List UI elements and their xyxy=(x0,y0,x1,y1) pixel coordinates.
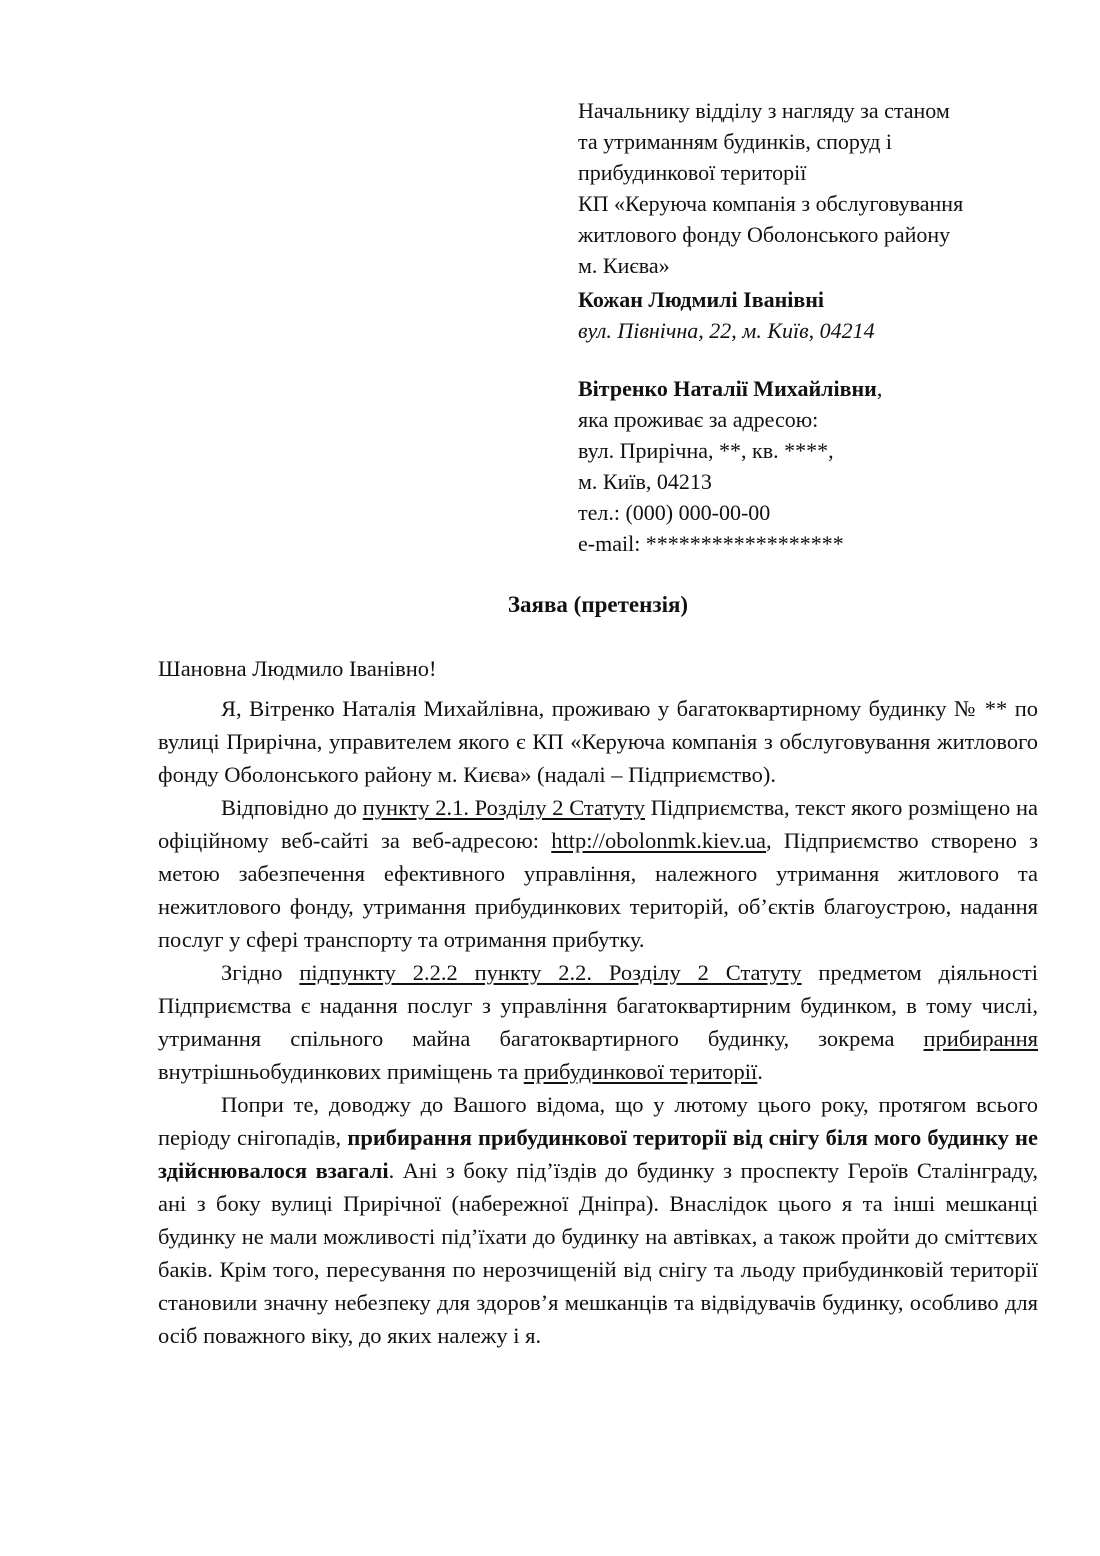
applicant-email: e-mail: ****************** xyxy=(578,528,1038,559)
paragraph-statute-2-1: Відповідно до пункту 2.1. Розділу 2 Стат… xyxy=(158,791,1038,956)
document-page: Начальнику відділу з нагляду за станом т… xyxy=(0,0,1100,1556)
letter-header: Начальнику відділу з нагляду за станом т… xyxy=(578,95,1038,559)
paragraph-text: . Ані з боку під’їздів до будинку з прос… xyxy=(158,1158,1038,1348)
applicant-address-line: вул. Прирічна, **, кв. ****, xyxy=(578,435,1038,466)
recipient-org-line: Начальнику відділу з нагляду за станом xyxy=(578,95,1038,126)
applicant-name: Вітренко Наталії Михайлівни xyxy=(578,376,877,401)
applicant-residence-intro: яка проживає за адресою: xyxy=(578,404,1038,435)
paragraph-complaint: Попри те, доводжу до Вашого відома, що у… xyxy=(158,1088,1038,1352)
applicant-address-line: м. Київ, 04213 xyxy=(578,466,1038,497)
statute-reference: пункту 2.1. Розділу 2 Статуту xyxy=(363,795,645,820)
statute-url: http://obolonmk.kiev.ua xyxy=(551,828,766,853)
recipient-head-address: вул. Північна, 22, м. Київ, 04214 xyxy=(578,315,1038,346)
paragraph-text: Відповідно до xyxy=(221,795,363,820)
recipient-org-line: прибудинкової території xyxy=(578,157,1038,188)
recipient-org-line: м. Києва» xyxy=(578,250,1038,281)
underlined-term: прибирання xyxy=(924,1026,1039,1051)
applicant-name-comma: , xyxy=(877,376,883,401)
paragraph-intro: Я, Вітренко Наталія Михайлівна, проживаю… xyxy=(158,692,1038,791)
recipient-org-line: КП «Керуюча компанія з обслуговування xyxy=(578,188,1038,219)
underlined-term: прибудинкової території xyxy=(524,1059,758,1084)
paragraph-text: Згідно xyxy=(221,960,299,985)
recipient-org-line: та утриманням будинків, споруд і xyxy=(578,126,1038,157)
statute-reference: підпункту 2.2.2 пункту 2.2. Розділу 2 Ст… xyxy=(299,960,801,985)
paragraph-text: Я, Вітренко Наталія Михайлівна, проживаю… xyxy=(158,696,1038,787)
applicant-name-line: Вітренко Наталії Михайлівни, xyxy=(578,373,1038,404)
paragraph-statute-2-2: Згідно підпункту 2.2.2 пункту 2.2. Розді… xyxy=(158,956,1038,1088)
salutation: Шановна Людмило Іванівно! xyxy=(158,652,1038,685)
recipient-org-line: житлового фонду Оболонського району xyxy=(578,219,1038,250)
applicant-phone: тел.: (000) 000-00-00 xyxy=(578,497,1038,528)
recipient-head-name: Кожан Людмилі Іванівні xyxy=(578,284,1038,315)
paragraph-text: . xyxy=(757,1059,763,1084)
paragraph-text: внутрішньобудинкових приміщень та xyxy=(158,1059,524,1084)
document-title: Заява (претензія) xyxy=(158,588,1038,621)
